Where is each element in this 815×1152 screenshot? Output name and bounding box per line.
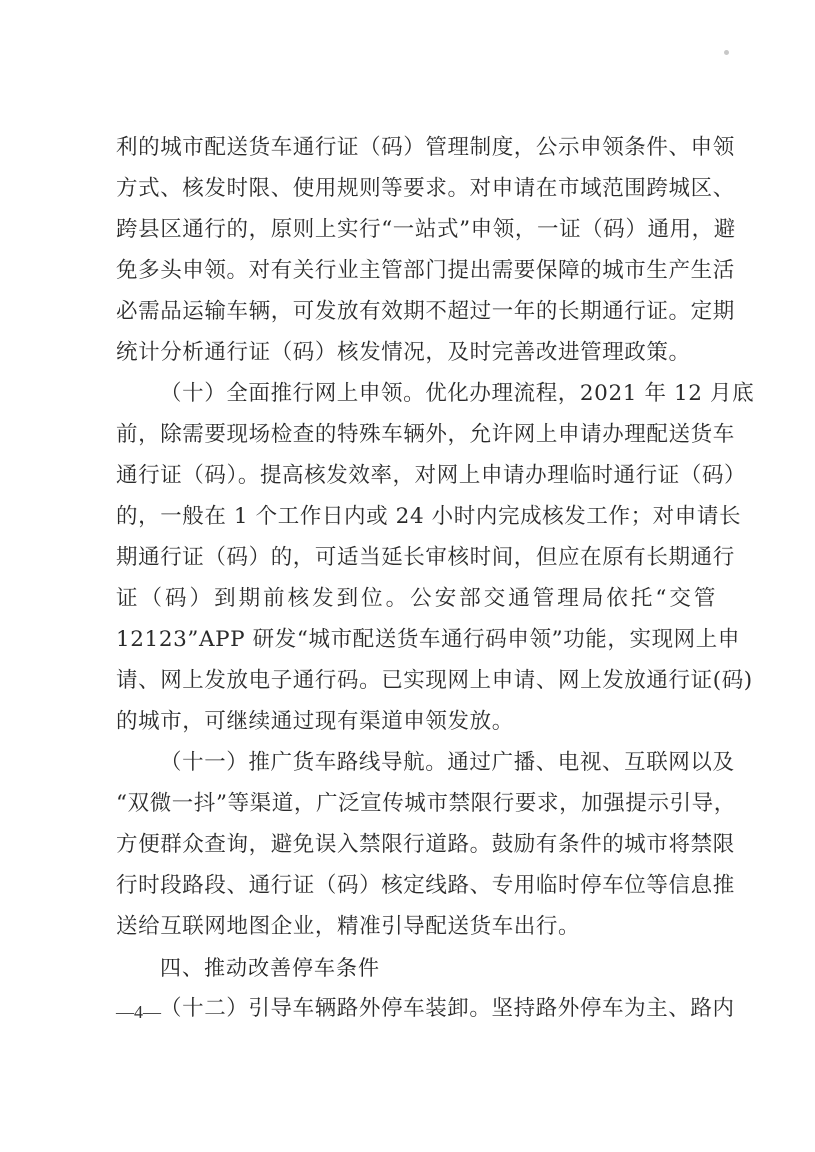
paragraph-line: 期通行证（码）的，可适当延长审核时间，但应在原有长期通行 [116, 544, 716, 572]
paragraph-line: 12123”APP 研发“城市配送货车通行码申领”功能，实现网上申 [116, 626, 716, 654]
scan-speck [724, 50, 729, 55]
paragraph-line: 方便群众查询，避免误入禁限行道路。鼓励有条件的城市将禁限 [116, 831, 716, 859]
paragraph-line: 统计分析通行证（码）核发情况，及时完善改进管理政策。 [116, 339, 716, 367]
paragraph-line: （十二）引导车辆路外停车装卸。坚持路外停车为主、路内 [160, 995, 716, 1023]
page-number: —4— [116, 1000, 161, 1024]
paragraph-line: 必需品运输车辆，可发放有效期不超过一年的长期通行证。定期 [116, 298, 716, 326]
paragraph-line: 免多头申领。对有关行业主管部门提出需要保障的城市生产生活 [116, 257, 716, 285]
paragraph-line: 前，除需要现场检查的特殊车辆外，允许网上申请办理配送货车 [116, 421, 716, 449]
document-page: 利的城市配送货车通行证（码）管理制度，公示申领条件、申领方式、核发时限、使用规则… [0, 0, 815, 1152]
paragraph-line: 跨县区通行的，原则上实行“一站式”申领，一证（码）通用，避 [116, 216, 716, 244]
paragraph-line: “双微一抖”等渠道，广泛宣传城市禁限行要求，加强提示引导， [116, 790, 716, 818]
paragraph-line: 行时段路段、通行证（码）核定线路、专用临时停车位等信息推 [116, 872, 716, 900]
paragraph-line: 方式、核发时限、使用规则等要求。对申请在市域范围跨城区、 [116, 175, 716, 203]
paragraph-line: （十一）推广货车路线导航。通过广播、电视、互联网以及 [160, 749, 716, 777]
paragraph-line: 证（码）到期前核发到位。公安部交通管理局依托“交管 [116, 585, 716, 613]
section-heading: 四、推动改善停车条件 [160, 954, 380, 982]
paragraph-line: 的，一般在 1 个工作日内或 24 小时内完成核发工作；对申请长 [116, 503, 716, 531]
paragraph-line: 请、网上发放电子通行码。已实现网上申请、网上发放通行证(码) [116, 667, 716, 695]
paragraph-line: （十）全面推行网上申领。优化办理流程，2021 年 12 月底 [160, 380, 716, 408]
paragraph-line: 送给互联网地图企业，精准引导配送货车出行。 [116, 913, 716, 941]
paragraph-line: 利的城市配送货车通行证（码）管理制度，公示申领条件、申领 [116, 134, 716, 162]
paragraph-line: 的城市，可继续通过现有渠道申领发放。 [116, 708, 716, 736]
paragraph-line: 通行证（码）。提高核发效率，对网上申请办理临时通行证（码） [116, 462, 716, 490]
